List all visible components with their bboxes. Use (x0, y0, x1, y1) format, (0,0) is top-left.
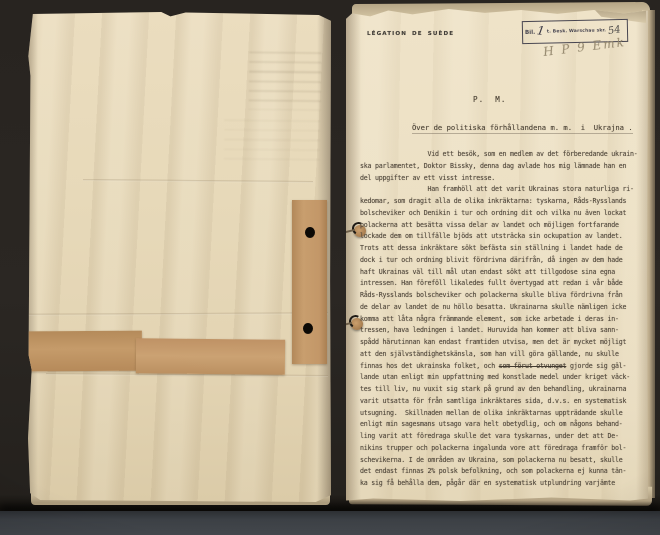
memo-line: utsugning. Skillnaden mellan de olika in… (360, 408, 652, 420)
memo-line: intressen. Han föreföll likaledes fullt … (360, 278, 652, 290)
memo-line: polackerna att besätta vissa delar av la… (360, 220, 652, 232)
punch-hole-top (305, 227, 315, 238)
memo-line: ska parlamentet, Doktor Bissky, denna da… (360, 161, 652, 173)
bleed-through-text (249, 52, 322, 111)
memo-line: tressen, hava ledningen i landet. Huruvi… (360, 325, 652, 337)
tape-strip-vertical (292, 200, 327, 364)
memo-heading: P. M. (473, 95, 506, 104)
bleed-through-text-faint (224, 119, 320, 166)
legation-letterhead: LÉGATION DE SUÈDE (367, 31, 454, 37)
archival-photo-scene: LÉGATION DE SUÈDE Bil. 1 t. Besk. Warsch… (0, 0, 660, 535)
memo-line: det endast finnas 2% polsk befolkning, o… (360, 466, 652, 478)
memo-line: nikins trupper och polackerna ingalunda … (360, 443, 652, 455)
memo-line: ling varit att föredraga skulle det vara… (360, 431, 652, 443)
memo-title-text: Över de politiska förhållandena m. m. i … (412, 123, 633, 134)
memo-line: Vid ett besök, som en medlem av det förb… (360, 149, 652, 161)
memo-line: enligt min sagesmans utsago vara helt ob… (360, 419, 652, 431)
memo-body: Vid ett besök, som en medlem av det förb… (360, 149, 652, 490)
paper-crease (28, 312, 328, 316)
memo-line: kedomar, som dragit alla de olika inkräk… (360, 196, 652, 208)
memo-line: spådd härutinnan kan endast framtiden ut… (360, 337, 652, 349)
memo-line: varit utsatta för från samtliga inkräkta… (360, 396, 652, 408)
memo-line: Råds-Rysslands bolscheviker och polacker… (360, 290, 652, 302)
stamp-prefix: Bil. (525, 29, 535, 35)
memo-line: Trots att dessa inkräktare sökt befästa … (360, 243, 652, 255)
memo-line: bolscheviker och Denikin i tur och ordni… (360, 208, 652, 220)
left-page (28, 12, 331, 502)
memo-line: tes till liv, nu vuxit sig stark på grun… (360, 384, 652, 396)
document-page: LÉGATION DE SUÈDE Bil. 1 t. Besk. Warsch… (346, 9, 648, 501)
memo-line: ka sig få behålla dem, pågår där en syst… (360, 478, 652, 490)
memo-line: lockade dem om tillfälle bjöds att utstr… (360, 231, 652, 243)
memo-line: schevikerna. I de områden av Ukraina, so… (360, 455, 652, 467)
paper-crease (83, 179, 313, 183)
memo-line: finnas hos det ukrainska folket, och som… (360, 361, 652, 373)
memo-line: komma att låta några främmande element, … (360, 314, 652, 326)
punch-hole-bottom (303, 323, 313, 334)
memo-line: del uppgifter av ett visst intresse. (360, 173, 652, 185)
memo-line: att den självständighetskänsla, som han … (360, 349, 652, 361)
stamp-label: t. Besk. Warschau skr. (547, 28, 606, 34)
memo-title: Över de politiska förhållandena m. m. i … (386, 114, 633, 141)
memo-line: haft Ukrainas väl till mål utan endast s… (360, 267, 652, 279)
memo-line: Han framhöll att det varit Ukrainas stor… (360, 184, 652, 196)
table-surface (0, 511, 660, 535)
stamp-handwritten-number: 1 (536, 23, 546, 38)
memo-line: lande utan enligt min uppfattning med ko… (360, 372, 652, 384)
tape-strip-horizontal-right (136, 338, 285, 375)
memo-line: de delar av landet de nu höllo besatta. … (360, 302, 652, 314)
memo-line: dock i tur och ordning blivit fördrivna … (360, 255, 652, 267)
tape-strip-horizontal-left (26, 331, 142, 372)
